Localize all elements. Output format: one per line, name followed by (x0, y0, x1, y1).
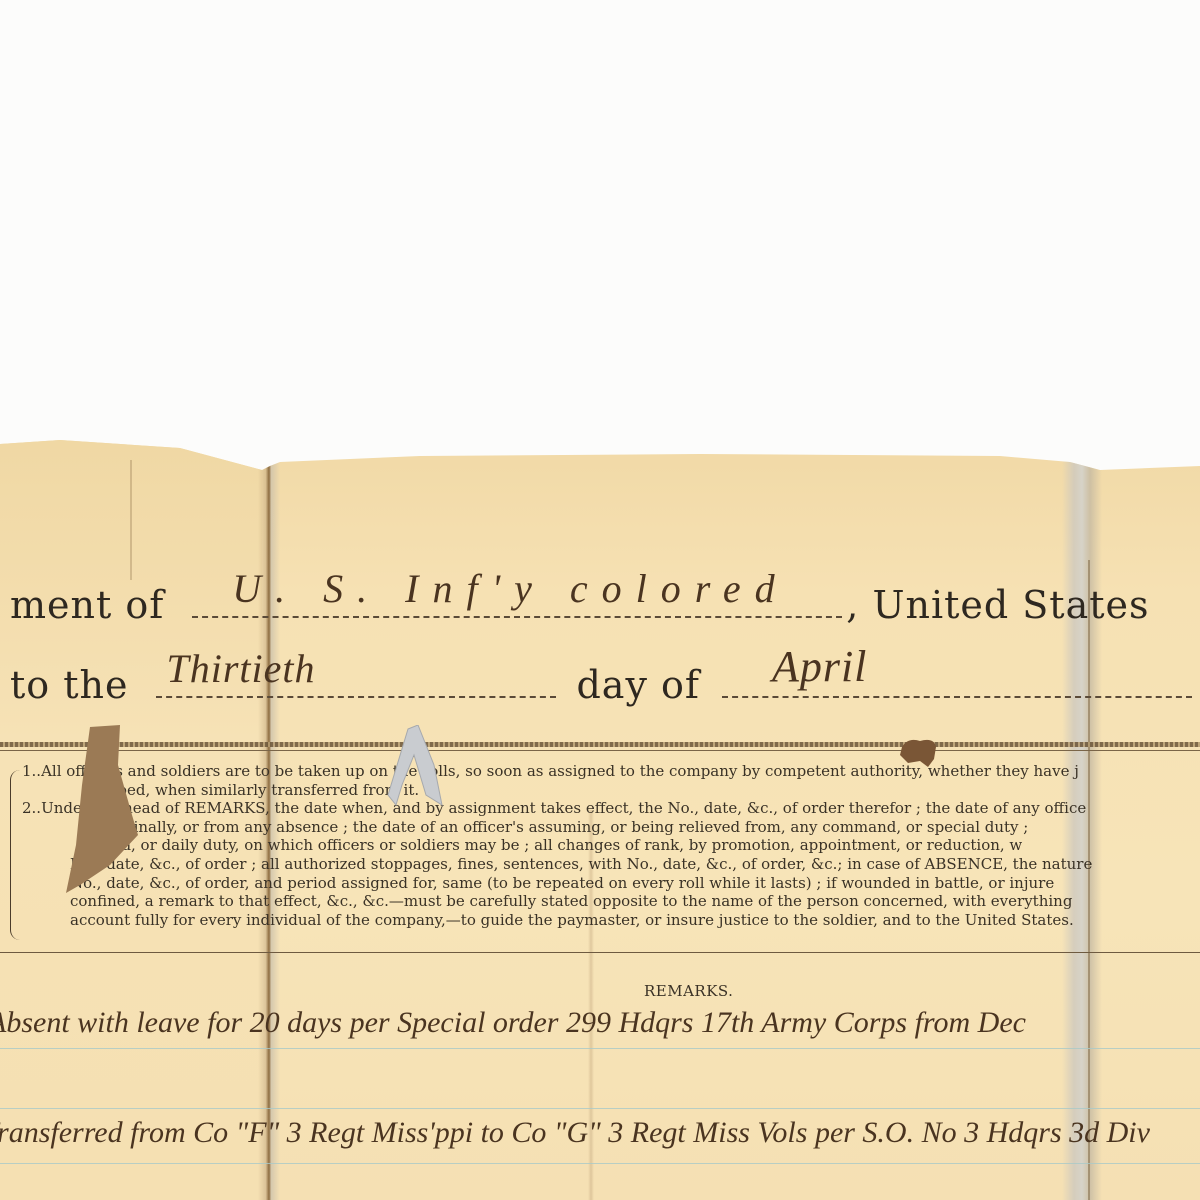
handwritten-regiment: U. S. Inf'y colored (232, 565, 788, 612)
header-line-1: ment of U. S. Inf'y colored , United Sta… (10, 580, 1150, 627)
instruction-line: or originally, or from any absence ; the… (22, 818, 1200, 837)
month-field: April (722, 660, 1192, 698)
remarks-heading: REMARKS. (644, 982, 733, 1000)
torn-hole (384, 725, 444, 815)
day-field: Thirtieth (156, 660, 556, 698)
instruction-line: No., date, &c., of order, and period ass… (22, 874, 1200, 893)
instruction-line: dropped, when similarly transferred from… (22, 781, 1200, 800)
paper-crack (130, 460, 132, 580)
instruction-line: account fully for every individual of th… (22, 911, 1200, 930)
printed-text: to the (10, 663, 128, 707)
remark-entry: Absent with leave for 20 days per Specia… (0, 1006, 1026, 1040)
ruled-line (0, 1108, 1200, 1109)
regiment-field: U. S. Inf'y colored (192, 580, 842, 618)
divider (0, 750, 1200, 751)
instruction-line: 2..Under the head of REMARKS, the date w… (22, 799, 1200, 818)
ruled-line (0, 1048, 1200, 1049)
printed-text: , United States (846, 583, 1149, 627)
handwritten-month: April (772, 641, 867, 692)
instructions-text: 1..All officers and soldiers are to be t… (22, 762, 1200, 929)
printed-text: ment of (10, 583, 164, 627)
instruction-line: 1..All officers and soldiers are to be t… (22, 762, 1200, 781)
instruction-line: confined, a remark to that effect, &c., … (22, 892, 1200, 911)
torn-hole (60, 725, 150, 895)
printed-text: day of (576, 663, 699, 707)
header-line-2: to the Thirtieth day of April (10, 660, 1192, 707)
divider (0, 952, 1200, 953)
muster-roll-document: ment of U. S. Inf'y colored , United Sta… (0, 440, 1200, 1200)
ornamental-rule (0, 742, 1200, 747)
instruction-line: No., date, &c., of order ; all authorize… (22, 855, 1200, 874)
torn-hole (898, 737, 940, 769)
remark-entry: Transferred from Co "F" 3 Regt Miss'ppi … (0, 1116, 1150, 1150)
ruled-line (0, 1163, 1200, 1164)
instruction-line: , extra, or daily duty, on which officer… (22, 836, 1200, 855)
handwritten-day: Thirtieth (166, 645, 315, 692)
